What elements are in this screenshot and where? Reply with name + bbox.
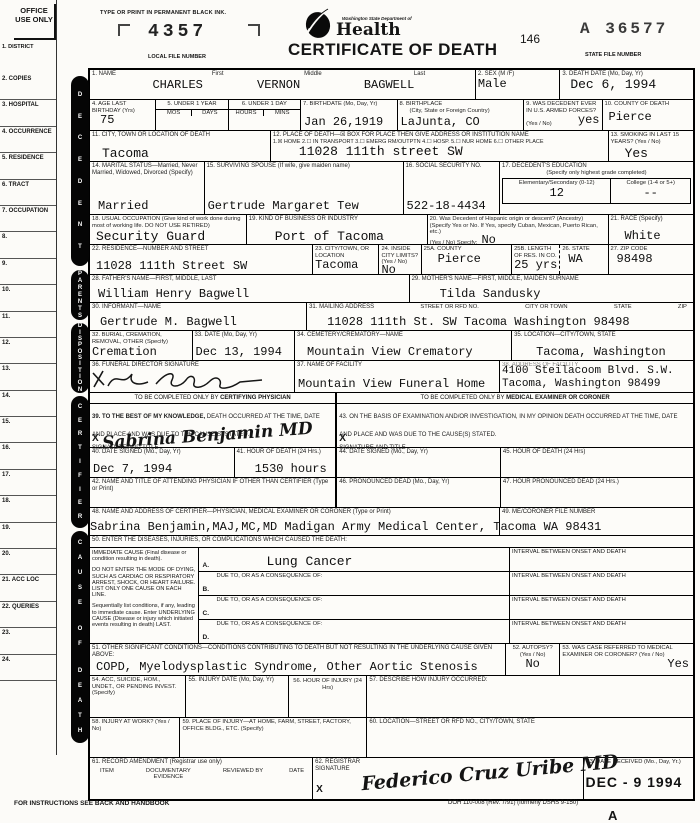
field-disposition-type-value: Cremation bbox=[92, 346, 157, 359]
field-race-label: 21. RACE (Specify) bbox=[611, 216, 691, 223]
education-college-value: -- bbox=[612, 187, 689, 200]
sidebar-item: 2. COPIES bbox=[0, 74, 56, 100]
field-education-label: 17. DECEDENT'S EDUCATION bbox=[502, 163, 691, 170]
sidebar-item: 17. bbox=[0, 470, 56, 496]
state-file-number-label: STATE FILE NUMBER bbox=[585, 52, 641, 58]
sidebar-item: 5. RESIDENCE bbox=[0, 153, 56, 179]
field-under-1-year-label: 5. UNDER 1 YEAR bbox=[158, 101, 225, 108]
tab-cause-of-death: CAUSEOFDEATH bbox=[71, 531, 89, 743]
due-to-label-c: DUE TO, OR AS A CONSEQUENCE OF: bbox=[217, 597, 508, 604]
type-print-instruction: TYPE OR PRINT IN PERMANENT BLACK INK. bbox=[100, 10, 226, 16]
field-referred-to-me: 53. WAS CASE REFERRED TO MEDICAL EXAMINE… bbox=[560, 644, 693, 675]
field-occupation-label: 18. USUAL OCCUPATION (Give kind of work … bbox=[92, 216, 244, 229]
field-death-date: 3. DEATH DATE (Mo, Day, Yr) Dec 6, 1994 bbox=[560, 70, 693, 99]
field-ssn-value: 522-18-4434 bbox=[407, 200, 486, 213]
sidebar-item: 8. bbox=[0, 232, 56, 258]
local-file-number: 4357 bbox=[148, 22, 207, 42]
name-first-value: CHARLES bbox=[130, 79, 225, 92]
field-birthplace-label2: (City, State or Foreign Country) bbox=[410, 108, 522, 115]
field-disposition-location-label: 35. LOCATION—CITY/TOWN, STATE bbox=[514, 332, 691, 339]
field-referred-to-me-value: Yes bbox=[667, 658, 689, 671]
field-place-of-injury-label: 59. PLACE OF INJURY—AT HOME, FARM, STREE… bbox=[182, 719, 364, 732]
physician-header-prefix: TO BE COMPLETED ONLY BY bbox=[134, 395, 220, 401]
field-smoking-label: 13. SMOKING IN LAST 15 YEARS? (Yes / No) bbox=[611, 132, 691, 145]
field-how-injury-occurred-label: 57. DESCRIBE HOW INJURY OCCURRED: bbox=[369, 677, 691, 684]
field-birthplace-value: LaJunta, CO bbox=[401, 116, 480, 129]
cause-instruction-1: IMMEDIATE CAUSE (Final disease or condit… bbox=[92, 550, 196, 562]
name-middle-header: Middle bbox=[260, 71, 367, 78]
field-smoking: 13. SMOKING IN LAST 15 YEARS? (Yes / No)… bbox=[609, 131, 693, 161]
cause-line-a: A. Lung Cancer INTERVAL BETWEEN ONSET AN… bbox=[199, 548, 693, 572]
tab-certifier: CERTIFIER bbox=[71, 396, 89, 528]
certificate-form: DECEDENT PARENTS DISPOSITION CERTIFIER C… bbox=[88, 68, 695, 801]
cause-line-d: DUE TO, OR AS A CONSEQUENCE OF: D. INTER… bbox=[199, 620, 693, 643]
sidebar-item: 11. bbox=[0, 312, 56, 338]
mailing-city-header: CITY OR TOWN bbox=[525, 304, 568, 311]
field-sex: 2. SEX (M /F) Male bbox=[476, 70, 560, 99]
under-1-year-mos: MOS bbox=[156, 110, 192, 117]
mailing-street-header: STREET OR RFD NO. bbox=[420, 304, 479, 311]
field-injury-location-label: 60. LOCATION—STREET OR RFD NO., CITY/TOW… bbox=[369, 719, 691, 726]
field-mailing-address-value: 11028 111th St. SW Tacoma Washington 984… bbox=[327, 316, 629, 329]
interval-label-c: INTERVAL BETWEEN ONSET AND DEATH bbox=[510, 596, 693, 619]
cause-instructions: IMMEDIATE CAUSE (Final disease or condit… bbox=[90, 548, 199, 643]
field-mailing-address: 31. MAILING ADDRESS STREET OR RFD NO. CI… bbox=[307, 303, 693, 330]
field-facility-address-line2: Tacoma, Washington 98499 bbox=[502, 378, 691, 391]
corner-bracket-right bbox=[248, 24, 260, 36]
field-attending-physician: 42. NAME AND TITLE OF ATTENDING PHYSICIA… bbox=[90, 478, 335, 507]
sidebar-item: 24. bbox=[0, 655, 56, 681]
field-under-1-year: 5. UNDER 1 YEAR MOS DAYS bbox=[156, 100, 228, 130]
education-elementary-value: 12 bbox=[504, 187, 609, 200]
field-injury-location: 60. LOCATION—STREET OR RFD NO., CITY/TOW… bbox=[367, 718, 693, 757]
health-wordmark: Health bbox=[336, 20, 401, 40]
field-crematory-label: 34. CEMETERY/CREMATORY—NAME bbox=[297, 332, 509, 339]
field-length-of-residence-value: 25 yrs bbox=[514, 259, 557, 272]
field-45-label: 45. HOUR OF DEATH (24 Hrs) bbox=[503, 449, 691, 456]
office-use-sidebar: 2. COPIES3. HOSPITAL4. OCCURRENCE5. RESI… bbox=[0, 74, 56, 681]
field-marital-status-label: 14. MARITAL STATUS—Married, Never Marrie… bbox=[92, 163, 202, 177]
under-1-day-hours: HOURS bbox=[229, 110, 265, 117]
name-last-value: BAGWELL bbox=[332, 79, 446, 92]
field-me-file-number: 49. ME/CORONER FILE NUMBER bbox=[500, 508, 693, 535]
sidebar-divider bbox=[56, 0, 57, 755]
field-facility-name-value: Mountain View Funeral Home bbox=[298, 378, 485, 391]
field-smoking-value: Yes bbox=[625, 147, 691, 160]
field-injury-date: 55. INJURY DATE (Mo, Day, Yr) bbox=[186, 676, 289, 717]
sidebar-item: 12. bbox=[0, 338, 56, 364]
sidebar-item: 21. ACC LOC bbox=[0, 575, 56, 601]
field-39-label-bold: 39. TO THE BEST OF MY KNOWLEDGE, bbox=[92, 414, 205, 420]
interval-label-b: INTERVAL BETWEEN ONSET AND DEATH bbox=[510, 572, 693, 595]
field-registrar-signature-label: 62. REGISTRAR SIGNATURE bbox=[315, 759, 361, 773]
field-hour-pronounced: 47. HOUR PRONOUNCED DEAD (24 Hrs.) bbox=[501, 478, 693, 507]
field-me-file-number-label: 49. ME/CORONER FILE NUMBER bbox=[502, 509, 691, 516]
field-age-value: 75 bbox=[100, 114, 153, 127]
field-under-1-day: 6. UNDER 1 DAY HOURS MINS bbox=[229, 100, 301, 130]
field-surviving-spouse-value: Gertrude Margaret Tew bbox=[208, 200, 359, 213]
field-disposition-date-label: 33. DATE (Mo, Day, Yr) bbox=[195, 332, 293, 339]
cause-lines: A. Lung Cancer INTERVAL BETWEEN ONSET AN… bbox=[199, 548, 693, 643]
field-date-signed-label: 40. DATE SIGNED (Mo., Day, Yr) bbox=[92, 449, 232, 456]
field-mailing-address-label: 31. MAILING ADDRESS bbox=[309, 304, 374, 311]
local-file-number-label: LOCAL FILE NUMBER bbox=[148, 54, 206, 60]
field-hour-of-injury-label: 56. HOUR OF INJURY (24 Hrs) bbox=[291, 678, 364, 691]
field-city-of-death-label: 11. CITY, TOWN OR LOCATION OF DEATH bbox=[92, 132, 268, 139]
field-disposition-location: 35. LOCATION—CITY/TOWN, STATE Tacoma, Wa… bbox=[512, 331, 693, 360]
field-mother-name: 29. MOTHER'S NAME—FIRST, MIDDLE, MAIDEN … bbox=[410, 275, 693, 302]
sidebar-item: 18. bbox=[0, 496, 56, 522]
date-received-stamp: DEC - 9 1994 bbox=[585, 774, 682, 790]
field-hispanic-origin: 20. Was Decedent of Hispanic origin or d… bbox=[428, 215, 609, 244]
field-date-signed: 40. DATE SIGNED (Mo., Day, Yr) Dec 7, 19… bbox=[90, 448, 235, 477]
interval-label-a: INTERVAL BETWEEN ONSET AND DEATH bbox=[510, 548, 693, 571]
field-birthdate-value: Jan 26,1919 bbox=[304, 116, 383, 129]
field-ssn: 16. SOCIAL SECURITY NO. 522-18-4434 bbox=[404, 162, 500, 214]
field-pronounced-dead-label: 46. PRONOUNCED DEAD (Mo., Day, Yr) bbox=[339, 479, 498, 486]
field-certifier-name-address: 48. NAME AND ADDRESS OF CERTIFIER—PHYSIC… bbox=[90, 508, 500, 535]
field-zip: 27. ZIP CODE 98498 bbox=[609, 245, 693, 274]
state-file-number: A 36577 bbox=[580, 20, 668, 38]
field-facility-name: 37. NAME OF FACILITY Mountain View Funer… bbox=[295, 361, 500, 392]
tab-parents: PARENTS bbox=[71, 270, 89, 320]
sidebar-item: 20. bbox=[0, 549, 56, 575]
field-50-header: 50. ENTER THE DISEASES, INJURIES, OR COM… bbox=[90, 536, 693, 547]
me-section-header: TO BE COMPLETED ONLY BY MEDICAL EXAMINER… bbox=[337, 393, 693, 404]
education-elementary: Elementary/Secondary (0-12) 12 bbox=[503, 179, 611, 203]
field-residence-county-value: Pierce bbox=[438, 253, 509, 266]
field-crematory-value: Mountain View Crematory bbox=[307, 346, 473, 359]
field-hour-of-death-value: 1530 hours bbox=[255, 463, 327, 476]
field-50-label: 50. ENTER THE DISEASES, INJURIES, OR COM… bbox=[92, 537, 691, 544]
field-funeral-director-signature: 36. FUNERAL DIRECTOR SIGNATURE bbox=[90, 361, 295, 392]
sidebar-item: 23. bbox=[0, 628, 56, 654]
field-under-1-day-label: 6. UNDER 1 DAY bbox=[231, 101, 298, 108]
field-race-value: White bbox=[625, 230, 661, 243]
me-header-bold: MEDICAL EXAMINER OR CORONER bbox=[506, 395, 610, 401]
name-last-header: Last bbox=[366, 71, 473, 78]
field-mother-name-label: 29. MOTHER'S NAME—FIRST, MIDDLE, MAIDEN … bbox=[412, 276, 691, 283]
sidebar-item: 22. QUERIES bbox=[0, 602, 56, 628]
field-43-label: 43. ON THE BASIS OF EXAMINATION AND/OR I… bbox=[339, 414, 677, 438]
field-residence-county: 25A. COUNTY Pierce bbox=[422, 245, 512, 274]
field-informant-value: Gertrude M. Bagwell bbox=[100, 316, 237, 329]
field-manner-of-death-label: 54. ACC, SUICIDE, HOM., UNDET., OR PENDI… bbox=[92, 677, 183, 697]
field-place-of-death-label: 12. PLACE OF DEATH—☒ BOX FOR PLACE THEN … bbox=[273, 132, 606, 139]
field-business: 19. KIND OF BUSINESS OR INDUSTRY Port of… bbox=[247, 215, 428, 244]
field-occupation: 18. USUAL OCCUPATION (Give kind of work … bbox=[90, 215, 247, 244]
field-birthdate: 7. BIRTHDATE (Mo, Day, Yr) Jan 26,1919 bbox=[301, 100, 397, 130]
field-other-conditions-value: COPD, Myelodysplastic Syndrome, Other Ao… bbox=[96, 661, 478, 674]
field-residence-city-value: Tacoma bbox=[315, 259, 376, 272]
field-business-value: Port of Tacoma bbox=[275, 230, 384, 243]
sidebar-item: 14. bbox=[0, 391, 56, 417]
field-father-name: 28. FATHER'S NAME—FIRST, MIDDLE, LAST Wi… bbox=[90, 275, 410, 302]
field-attending-physician-label: 42. NAME AND TITLE OF ATTENDING PHYSICIA… bbox=[92, 479, 333, 493]
field-marital-status-value: Married bbox=[98, 200, 148, 213]
field-disposition-type: 32. BURIAL, CREMATION, REMOVAL, OTHER (S… bbox=[90, 331, 193, 360]
field-residence-value: 11028 111th Street SW bbox=[96, 260, 247, 273]
footer-form-number: DOH 110-008 (Rev. 7/91) (formerly DSHS 9… bbox=[448, 800, 578, 806]
field-45-hour-of-death: 45. HOUR OF DEATH (24 Hrs) bbox=[501, 448, 693, 477]
field-place-of-death-value: 11028 111th street SW bbox=[299, 145, 606, 158]
sidebar-item: 6. TRACT bbox=[0, 180, 56, 206]
field-hour-of-death-label: 41. HOUR OF DEATH (24 Hrs.) bbox=[237, 449, 334, 456]
field-sex-value: Male bbox=[478, 78, 557, 91]
field-surviving-spouse: 15. SURVIVING SPOUSE (If wife, give maid… bbox=[205, 162, 404, 214]
header: OFFICE USE ONLY 1. DISTRICT TYPE OR PRIN… bbox=[0, 0, 700, 68]
field-place-of-injury: 59. PLACE OF INJURY—AT HOME, FARM, STREE… bbox=[180, 718, 367, 757]
sidebar-item: 15. bbox=[0, 417, 56, 443]
field-age: 4. AGE LAST BIRTHDAY (Yrs) 75 bbox=[90, 100, 156, 130]
field-44-date-signed: 44. DATE SIGNED (Mo., Day, Yr) bbox=[337, 448, 501, 477]
field-education-label2: (Specify only highest grade completed) bbox=[502, 170, 691, 177]
cause-line-b: DUE TO, OR AS A CONSEQUENCE OF: B. INTER… bbox=[199, 572, 693, 596]
field-name: 1. NAME First Middle Last CHARLES VERNON… bbox=[90, 70, 476, 99]
field-manner-of-death: 54. ACC, SUICIDE, HOM., UNDET., OR PENDI… bbox=[90, 676, 186, 717]
interval-label-d: INTERVAL BETWEEN ONSET AND DEATH bbox=[510, 620, 693, 643]
field-other-conditions-label: 51. OTHER SIGNIFICANT CONDITIONS—CONDITI… bbox=[92, 645, 503, 659]
field-injury-at-work: 58. INJURY AT WORK? (Yes / No) bbox=[90, 718, 180, 757]
cause-a-value: Lung Cancer bbox=[267, 555, 508, 568]
field-name-label: 1. NAME bbox=[92, 71, 176, 78]
physician-section-header: TO BE COMPLETED ONLY BY CERTIFYING PHYSI… bbox=[90, 393, 335, 404]
due-to-label-d: DUE TO, OR AS A CONSEQUENCE OF: bbox=[217, 621, 508, 628]
education-college: College (1-4 or 5+) -- bbox=[611, 179, 690, 203]
field-disposition-location-value: Tacoma, Washington bbox=[536, 346, 666, 359]
field-disposition-date: 33. DATE (Mo, Day, Yr) Dec 13, 1994 bbox=[193, 331, 296, 360]
field-record-amendment: 61. RECORD AMENDMENT (Registrar use only… bbox=[90, 758, 313, 799]
field-inside-city-label: 24. INSIDE CITY LIMITS? bbox=[381, 246, 418, 259]
field-injury-at-work-label: 58. INJURY AT WORK? (Yes / No) bbox=[92, 719, 177, 732]
cause-letter-b: B. bbox=[203, 586, 210, 593]
field-birthplace: 8. BIRTHPLACE (City, State or Foreign Co… bbox=[398, 100, 525, 130]
sidebar-item-district: 1. DISTRICT bbox=[2, 44, 33, 50]
field-autopsy-value: No bbox=[508, 658, 557, 671]
field-39-certification: 39. TO THE BEST OF MY KNOWLEDGE, DEATH O… bbox=[90, 404, 335, 448]
field-39-x: X bbox=[92, 433, 99, 444]
mailing-zip-header: ZIP bbox=[678, 304, 691, 311]
funeral-director-signature bbox=[90, 367, 270, 391]
sidebar-item: 7. OCCUPATION bbox=[0, 206, 56, 232]
field-hour-pronounced-label: 47. HOUR PRONOUNCED DEAD (24 Hrs.) bbox=[503, 479, 691, 486]
field-informant-label: 30. INFORMANT—NAME bbox=[92, 304, 304, 311]
field-armed-forces-value: yes bbox=[578, 114, 600, 127]
field-disposition-date-value: Dec 13, 1994 bbox=[196, 346, 282, 359]
field-registrar-signature: 62. REGISTRAR SIGNATURE X Federico Cruz … bbox=[313, 758, 584, 799]
under-1-year-days: DAYS bbox=[192, 110, 228, 117]
field-date-signed-value: Dec 7, 1994 bbox=[93, 463, 172, 476]
field-disposition-type-label: 32. BURIAL, CREMATION, REMOVAL, OTHER (S… bbox=[92, 332, 190, 345]
field-occupation-value: Security Guard bbox=[96, 230, 205, 243]
name-first-header: First bbox=[176, 71, 260, 78]
field-pronounced-dead: 46. PRONOUNCED DEAD (Mo., Day, Yr) bbox=[337, 478, 501, 507]
field-mother-name-value: Tilda Sandusky bbox=[440, 288, 541, 301]
sidebar-item: 19. bbox=[0, 523, 56, 549]
field-hispanic-origin-label: 20. Was Decedent of Hispanic origin or d… bbox=[430, 216, 606, 236]
footer-instructions: FOR INSTRUCTIONS SEE BACK AND HANDBOOK bbox=[14, 800, 169, 807]
field-hour-of-death: 41. HOUR OF DEATH (24 Hrs.) 1530 hours bbox=[235, 448, 336, 477]
field-ssn-label: 16. SOCIAL SECURITY NO. bbox=[406, 163, 497, 170]
field-informant: 30. INFORMANT—NAME Gertrude M. Bagwell bbox=[90, 303, 307, 330]
field-zip-value: 98498 bbox=[617, 253, 691, 266]
cause-instruction-3: Sequentially list conditions, if any, le… bbox=[92, 603, 196, 628]
field-length-of-residence: 25B. LENGTH OF RES. IN CO. 25 yrs bbox=[512, 245, 560, 274]
field-record-amendment-label: 61. RECORD AMENDMENT (Registrar use only… bbox=[92, 759, 310, 766]
field-county-of-death-label: 10. COUNTY OF DEATH bbox=[605, 101, 691, 108]
field-inside-city: 24. INSIDE CITY LIMITS? (Yes / No) No bbox=[379, 245, 421, 274]
tab-decedent: DECEDENT bbox=[71, 76, 89, 266]
sidebar-item: 4. OCCURRENCE bbox=[0, 127, 56, 153]
certifying-physician-section: TO BE COMPLETED ONLY BY CERTIFYING PHYSI… bbox=[90, 393, 337, 507]
cause-letter-c: C. bbox=[203, 610, 210, 617]
field-father-name-label: 28. FATHER'S NAME—FIRST, MIDDLE, LAST bbox=[92, 276, 407, 283]
field-business-label: 19. KIND OF BUSINESS OR INDUSTRY bbox=[249, 216, 425, 223]
field-other-conditions: 51. OTHER SIGNIFICANT CONDITIONS—CONDITI… bbox=[90, 644, 506, 675]
tab-disposition: DISPOSITION bbox=[71, 323, 89, 393]
sidebar-item: 10. bbox=[0, 285, 56, 311]
cause-letter-a: A. bbox=[203, 562, 210, 569]
field-43-x: X bbox=[339, 433, 346, 444]
field-county-of-death: 10. COUNTY OF DEATH Pierce bbox=[603, 100, 693, 130]
field-city-of-death: 11. CITY, TOWN OR LOCATION OF DEATH Taco… bbox=[90, 131, 271, 161]
field-certifier-name-address-label: 48. NAME AND ADDRESS OF CERTIFIER—PHYSIC… bbox=[92, 509, 497, 516]
sidebar-item: 9. bbox=[0, 259, 56, 285]
cause-letter-d: D. bbox=[203, 634, 210, 641]
office-use-only-box: OFFICE USE ONLY bbox=[14, 4, 56, 40]
field-hour-of-injury: 56. HOUR OF INJURY (24 Hrs) bbox=[289, 676, 367, 717]
field-education: 17. DECEDENT'S EDUCATION (Specify only h… bbox=[500, 162, 693, 214]
field-facility-address-label: 38. ADDRESS OF FACILITY bbox=[502, 362, 691, 369]
amendment-evidence-header: DOCUMENTARY EVIDENCE bbox=[140, 768, 197, 781]
medical-examiner-section: TO BE COMPLETED ONLY BY MEDICAL EXAMINER… bbox=[337, 393, 693, 507]
mailing-state-header: STATE bbox=[614, 304, 632, 311]
field-marital-status: 14. MARITAL STATUS—Married, Never Marrie… bbox=[90, 162, 205, 214]
field-injury-date-label: 55. INJURY DATE (Mo, Day, Yr) bbox=[188, 677, 286, 684]
field-father-name-value: William Henry Bagwell bbox=[98, 288, 249, 301]
field-birthdate-label: 7. BIRTHDATE (Mo, Day, Yr) bbox=[303, 101, 394, 108]
field-death-date-value: Dec 6, 1994 bbox=[570, 78, 691, 91]
field-residence: 22. RESIDENCE—NUMBER AND STREET 11028 11… bbox=[90, 245, 313, 274]
amendment-date-header: DATE bbox=[289, 768, 304, 781]
name-middle-value: VERNON bbox=[225, 79, 332, 92]
field-armed-forces: 9. WAS DECEDENT EVER IN U.S. ARMED FORCE… bbox=[524, 100, 602, 130]
sidebar-item: 13. bbox=[0, 364, 56, 390]
sidebar-item: 3. HOSPITAL bbox=[0, 100, 56, 126]
field-city-of-death-value: Tacoma bbox=[102, 147, 149, 160]
field-armed-forces-yesno: (Yes / No) bbox=[526, 121, 552, 128]
physician-header-bold: CERTIFYING PHYSICIAN bbox=[220, 395, 291, 401]
field-facility-name-label: 37. NAME OF FACILITY bbox=[297, 362, 497, 369]
health-feather-icon bbox=[288, 8, 334, 42]
field-surviving-spouse-label: 15. SURVIVING SPOUSE (If wife, give maid… bbox=[207, 163, 401, 170]
field-place-of-death: 12. PLACE OF DEATH—☒ BOX FOR PLACE THEN … bbox=[271, 131, 609, 161]
field-residence-label: 22. RESIDENCE—NUMBER AND STREET bbox=[92, 246, 310, 253]
cause-instruction-2: DO NOT ENTER THE MODE OF DYING, SUCH AS … bbox=[92, 567, 196, 598]
page-title: CERTIFICATE OF DEATH bbox=[288, 40, 497, 60]
me-header-prefix: TO BE COMPLETED ONLY BY bbox=[421, 395, 507, 401]
field-residence-city: 23. CITY/TOWN, OR LOCATION Tacoma bbox=[313, 245, 379, 274]
field-residence-state-value: WA bbox=[568, 253, 605, 266]
under-1-day-mins: MINS bbox=[264, 110, 300, 117]
field-crematory: 34. CEMETERY/CREMATORY—NAME Mountain Vie… bbox=[295, 331, 512, 360]
cause-line-c: DUE TO, OR AS A CONSEQUENCE OF: C. INTER… bbox=[199, 596, 693, 620]
footer-revision-letter: A bbox=[608, 808, 617, 823]
amendment-item-header: ITEM bbox=[100, 768, 114, 781]
field-autopsy-label: 52. AUTOPSY? bbox=[508, 645, 557, 652]
corner-bracket-left bbox=[118, 24, 130, 36]
death-certificate-scan: OFFICE USE ONLY 1. DISTRICT TYPE OR PRIN… bbox=[0, 0, 700, 823]
code-146: 146 bbox=[520, 32, 540, 46]
due-to-label-b: DUE TO, OR AS A CONSEQUENCE OF: bbox=[217, 573, 508, 580]
registrar-signature: Federico Cruz Uribe MD bbox=[361, 751, 620, 795]
field-residence-state: 26. STATE WA bbox=[560, 245, 608, 274]
field-44-label: 44. DATE SIGNED (Mo., Day, Yr) bbox=[339, 449, 498, 456]
amendment-reviewed-header: REVIEWED BY bbox=[223, 768, 263, 781]
sidebar-item: 16. bbox=[0, 443, 56, 469]
field-62-x: X bbox=[316, 784, 323, 795]
field-race: 21. RACE (Specify) White bbox=[609, 215, 693, 244]
field-43-certification: 43. ON THE BASIS OF EXAMINATION AND/OR I… bbox=[337, 404, 693, 448]
field-how-injury-occurred: 57. DESCRIBE HOW INJURY OCCURRED: bbox=[367, 676, 693, 717]
field-autopsy: 52. AUTOPSY? (Yes / No) No bbox=[506, 644, 560, 675]
field-facility-address: 38. ADDRESS OF FACILITY 4100 Steilacoom … bbox=[500, 361, 693, 392]
field-county-of-death-value: Pierce bbox=[609, 111, 691, 124]
